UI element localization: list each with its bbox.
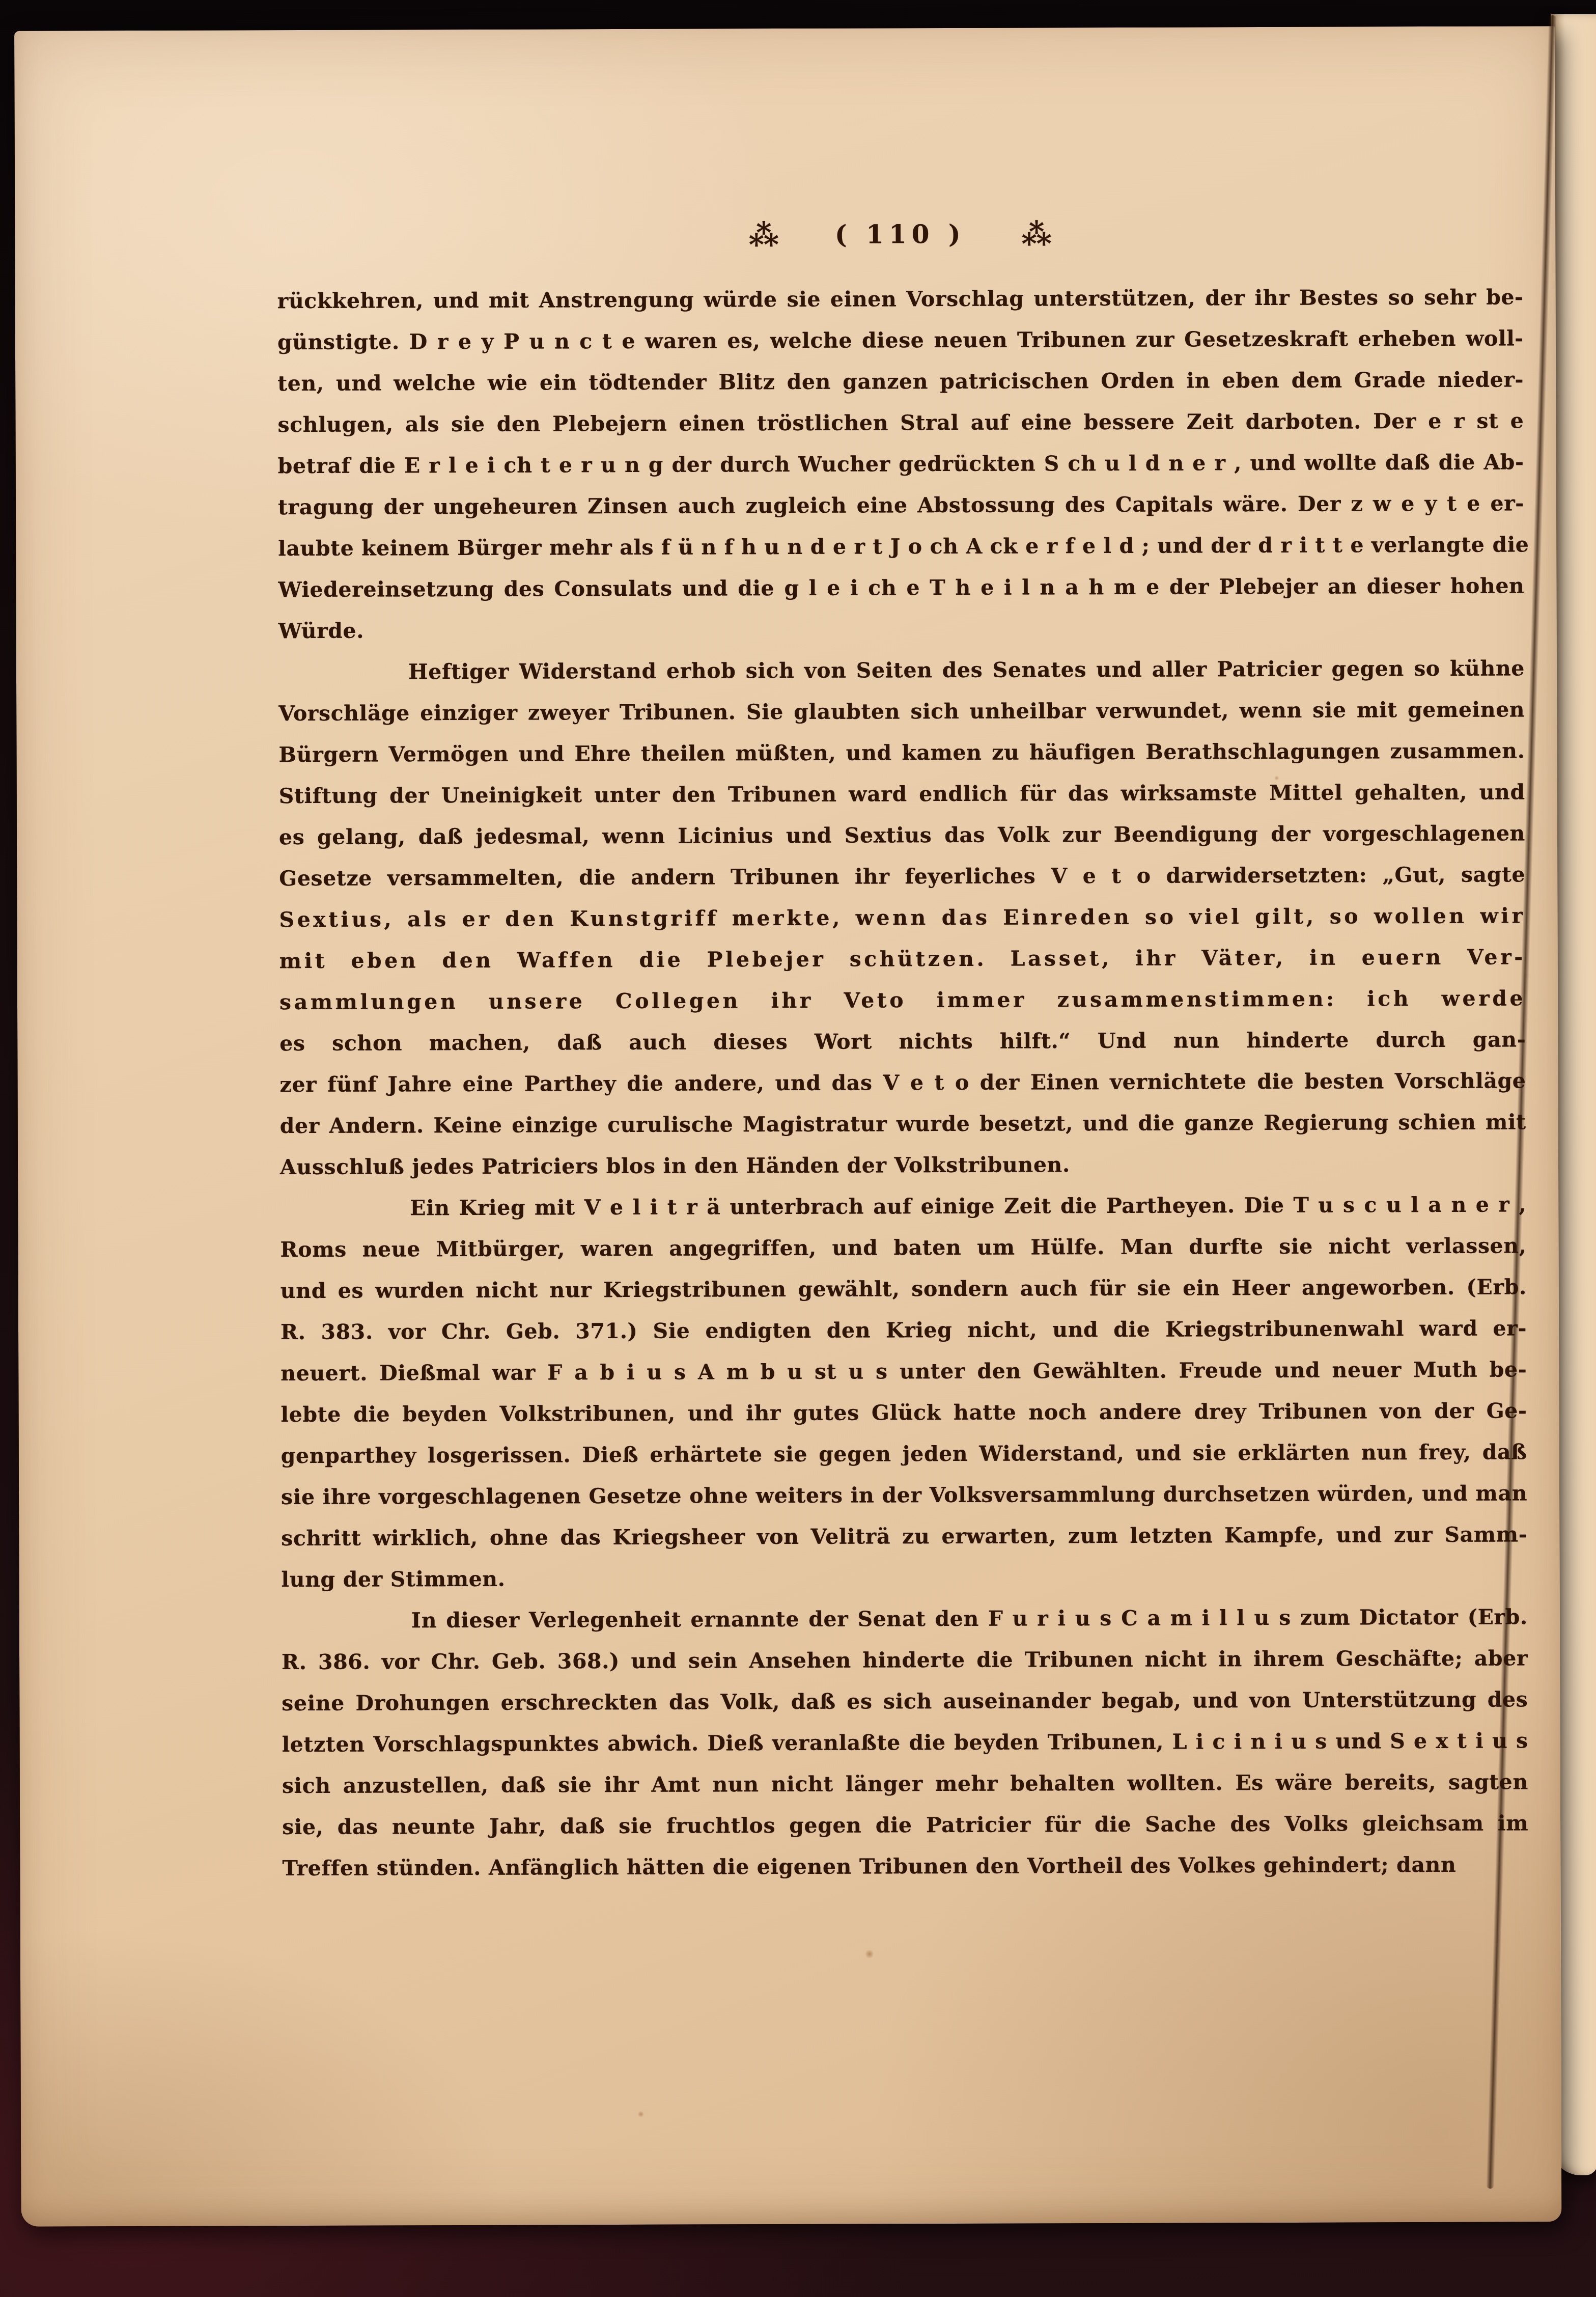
asterism-ornament-left: ⁂ xyxy=(749,218,779,253)
book-page: ⁂( 110 )⁂ rückkehren, und mit Anstrengun… xyxy=(14,26,1562,2226)
text-line: Sextius, als er den Kunstgriff merkte, w… xyxy=(279,895,1525,940)
text-line: neuert. Dießmal war F a b i u s A m b u … xyxy=(281,1349,1527,1394)
text-line: Bürgern Vermögen und Ehre theilen müßten… xyxy=(278,730,1525,776)
text-line: der Andern. Keine einzige curulische Mag… xyxy=(280,1101,1526,1147)
text-line: tragung der ungeheuren Zinsen auch zugle… xyxy=(278,483,1524,528)
text-line: mit eben den Waffen die Plebejer schütze… xyxy=(279,936,1526,982)
text-line: seine Drohungen erschreckten das Volk, d… xyxy=(282,1679,1528,1724)
text-line: sie, das neunte Jahr, daß sie fruchtlos … xyxy=(282,1803,1528,1848)
paper-stain xyxy=(638,2111,644,2118)
text-line: Würde. xyxy=(278,606,1525,652)
text-line: Heftiger Widerstand erhob sich von Seite… xyxy=(278,648,1525,693)
text-line: betraf die E r l e i ch t e r u n g der … xyxy=(278,441,1524,487)
text-line: und es wurden nicht nur Kriegstribunen g… xyxy=(281,1266,1527,1312)
text-line: es gelang, daß jedesmal, wenn Licinius u… xyxy=(279,813,1525,858)
text-line: Roms neue Mitbürger, waren angegriffen, … xyxy=(280,1225,1526,1270)
text-line: schlugen, als sie den Plebejern einen tr… xyxy=(277,400,1524,446)
text-line: Treffen stünden. Anfänglich hätten die e… xyxy=(282,1844,1528,1889)
text-line: R. 383. vor Chr. Geb. 371.) Sie endigten… xyxy=(281,1308,1527,1353)
text-line: lung der Stimmen. xyxy=(281,1555,1527,1600)
page-number: ( 110 ) xyxy=(835,219,966,250)
running-head: ⁂( 110 )⁂ xyxy=(277,215,1523,254)
paper-stain xyxy=(865,1949,874,1959)
text-line: es schon machen, daß auch dieses Wort ni… xyxy=(279,1019,1526,1064)
text-line: lebte die beyden Volkstribunen, und ihr … xyxy=(281,1390,1527,1435)
text-line: günstigte. D r e y P u n c t e waren es,… xyxy=(277,318,1524,363)
text-line: ten, und welche wie ein tödtender Blitz … xyxy=(277,359,1524,404)
asterism-ornament-right: ⁂ xyxy=(1021,217,1052,252)
text-line: Vorschläge einziger zweyer Tribunen. Sie… xyxy=(278,689,1525,734)
text-line: schritt wirklich, ohne das Kriegsheer vo… xyxy=(281,1514,1527,1559)
text-line: Ein Krieg mit V e l i t r ä unterbrach a… xyxy=(280,1184,1526,1229)
text-line: Gesetze versammelten, die andern Tribune… xyxy=(279,854,1525,899)
text-line: laubte keinem Bürger mehr als f ü n f h … xyxy=(278,524,1524,569)
text-line: zer fünf Jahre eine Parthey die andere, … xyxy=(279,1060,1526,1105)
text-line: In dieser Verlegenheit ernannte der Sena… xyxy=(282,1596,1528,1642)
text-line: Ausschluß jedes Patriciers blos in den H… xyxy=(280,1143,1526,1188)
body-text: rückkehren, und mit Anstrengung würde si… xyxy=(277,276,1529,1889)
text-line: Stiftung der Uneinigkeit unter den Tribu… xyxy=(279,771,1525,817)
text-line: sammlungen unsere Collegen ihr Veto imme… xyxy=(279,978,1526,1023)
text-line: letzten Vorschlagspunktes abwich. Dieß v… xyxy=(282,1720,1528,1765)
text-line: sich anzustellen, daß sie ihr Amt nun ni… xyxy=(282,1761,1528,1807)
text-line: Wiedereinsetzung des Consulats und die g… xyxy=(278,565,1524,611)
text-line: R. 386. vor Chr. Geb. 368.) und sein Ans… xyxy=(282,1638,1528,1683)
text-line: sie ihre vorgeschlagenen Gesetze ohne we… xyxy=(281,1473,1527,1518)
text-line: rückkehren, und mit Anstrengung würde si… xyxy=(277,276,1524,322)
text-line: genparthey losgerissen. Dieß erhärtete s… xyxy=(281,1431,1527,1477)
book-photo: ⁂( 110 )⁂ rückkehren, und mit Anstrengun… xyxy=(0,0,1596,2297)
